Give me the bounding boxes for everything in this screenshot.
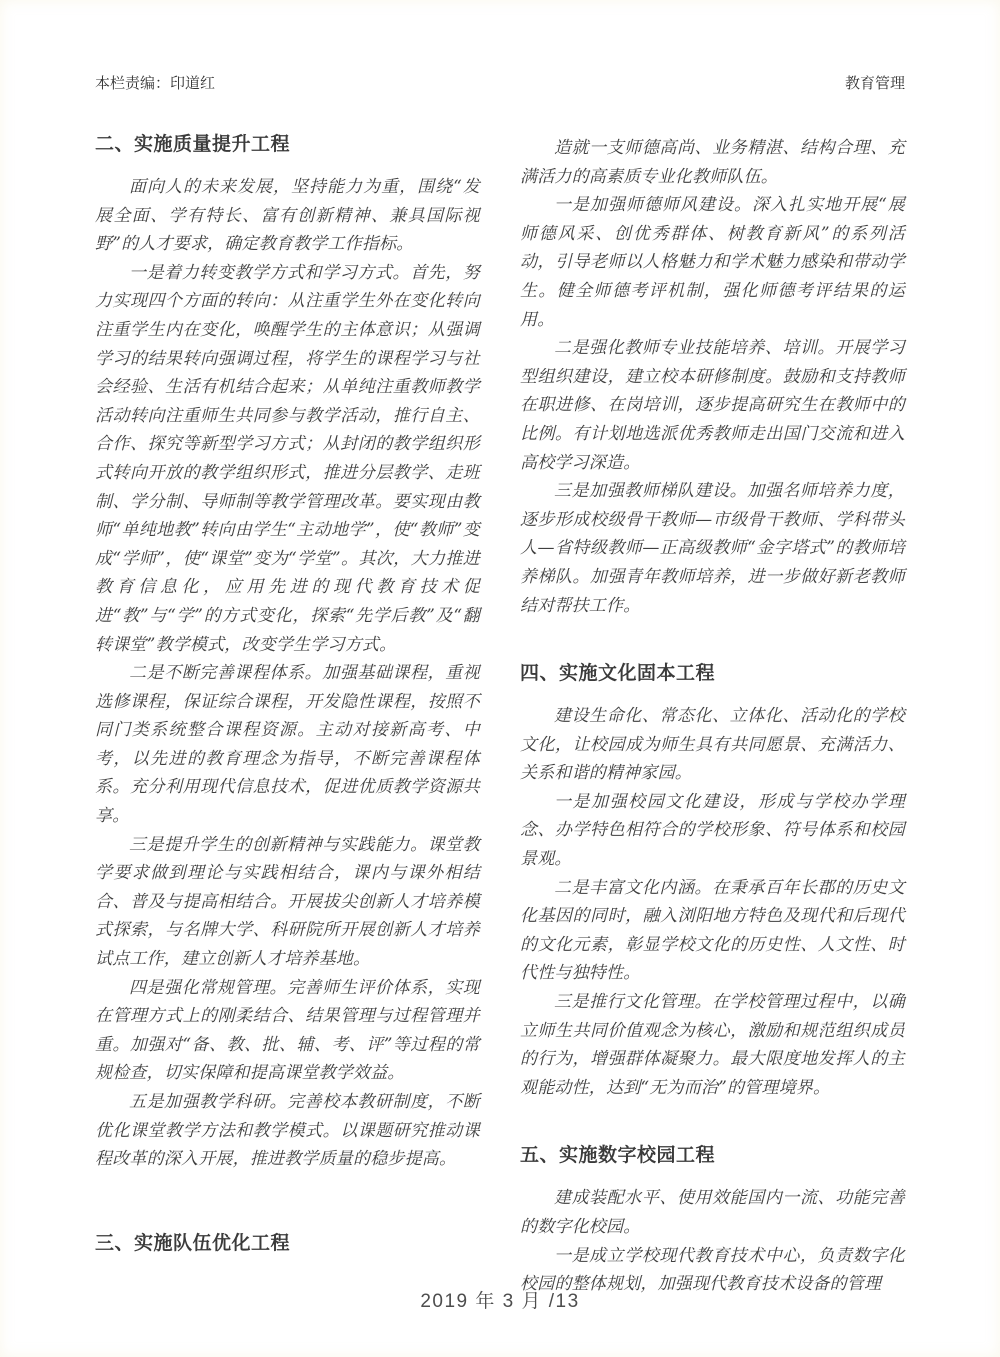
paragraph: 造就一支师德高尚、业务精湛、结构合理、充满活力的高素质专业化教师队伍。 <box>520 134 905 191</box>
paragraph: 二是强化教师专业技能培养、培训。开展学习型组织建设，建立校本研修制度。鼓励和支持… <box>520 334 905 477</box>
paragraph: 三是提升学生的创新精神与实践能力。课堂教学要求做到理论与实践相结合，课内与课外相… <box>95 831 480 974</box>
paragraph: 建成装配水平、使用效能国内一流、功能完善的数字化校园。 <box>520 1184 905 1241</box>
editor-credit: 本栏责编：印道红 <box>95 72 215 93</box>
right-column: 造就一支师德高尚、业务精湛、结构合理、充满活力的高素质专业化教师队伍。 一是加强… <box>520 129 905 1299</box>
section-heading-digital: 五、实施数字校园工程 <box>520 1140 905 1167</box>
paragraph: 一是着力转变教学方式和学习方式。首先，努力实现四个方面的转向：从注重学生外在变化… <box>95 259 480 659</box>
paragraph: 四是强化常规管理。完善师生评价体系，实现在管理方式上的刚柔结合、结果管理与过程管… <box>95 974 480 1088</box>
paragraph: 建设生命化、常态化、立体化、活动化的学校文化，让校园成为师生具有共同愿景、充满活… <box>520 702 905 788</box>
paragraph: 一是加强师德师风建设。深入扎实地开展“展师德风采、创优秀群体、树教育新风”的系列… <box>520 191 905 334</box>
left-column: 二、实施质量提升工程 面向人的未来发展，坚持能力为重，围绕“发展全面、学有特长、… <box>95 129 480 1299</box>
paragraph: 五是加强教学科研。完善校本教研制度，不断优化课堂教学方法和教学模式。以课题研究推… <box>95 1088 480 1174</box>
paragraph: 二是不断完善课程体系。加强基础课程，重视选修课程，保证综合课程，开发隐性课程，按… <box>95 659 480 831</box>
paragraph: 一是加强校园文化建设，形成与学校办学理念、办学特色相符合的学校形象、符号体系和校… <box>520 788 905 874</box>
page-footer: 2019 年 3 月 /13 <box>0 1286 1000 1313</box>
paragraph: 面向人的未来发展，坚持能力为重，围绕“发展全面、学有特长、富有创新精神、兼具国际… <box>95 173 480 259</box>
page-header: 本栏责编：印道红 教育管理 <box>95 72 905 93</box>
paragraph: 二是丰富文化内涵。在秉承百年长郡的历史文化基因的同时，融入浏阳地方特色及现代和后… <box>520 874 905 988</box>
two-column-layout: 二、实施质量提升工程 面向人的未来发展，坚持能力为重，围绕“发展全面、学有特长、… <box>95 129 905 1299</box>
paragraph: 三是推行文化管理。在学校管理过程中，以确立师生共同价值观念为核心，激励和规范组织… <box>520 988 905 1102</box>
section-heading-team: 三、实施队伍优化工程 <box>95 1228 480 1255</box>
paragraph: 三是加强教师梯队建设。加强名师培养力度，逐步形成校级骨干教师—市级骨干教师、学科… <box>520 477 905 620</box>
page-number: 2019 年 3 月 /13 <box>420 1291 579 1312</box>
document-page: 本栏责编：印道红 教育管理 二、实施质量提升工程 面向人的未来发展，坚持能力为重… <box>0 0 1000 1357</box>
section-heading-quality: 二、实施质量提升工程 <box>95 129 480 156</box>
section-heading-culture: 四、实施文化固本工程 <box>520 658 905 685</box>
category-label: 教育管理 <box>845 72 905 93</box>
